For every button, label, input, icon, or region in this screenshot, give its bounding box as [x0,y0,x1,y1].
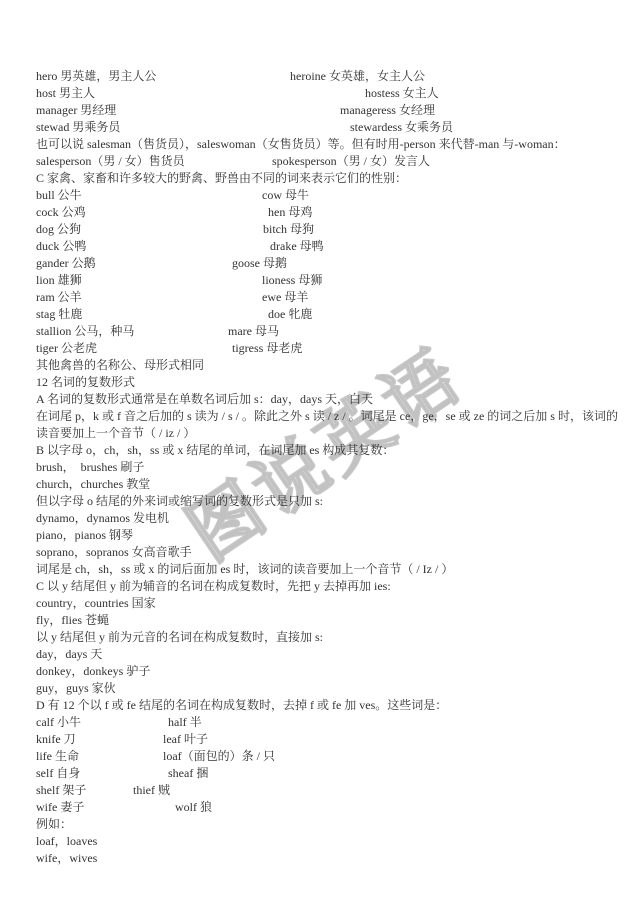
word-pair-right: spokesperson（男 / 女）发言人 [272,153,430,170]
word-pair-row: duck 公鸭drake 母鸭 [36,238,616,255]
word-pair-row: stag 牡鹿doe 牝鹿 [36,306,616,323]
word-pair-right: drake 母鸭 [270,238,324,255]
word-pair-right: thief 贼 [133,782,170,799]
text-line-content: donkey，donkeys 驴子 [36,664,150,678]
text-line: soprano，sopranos 女高音歌手 [36,544,616,561]
word-pair-row: gander 公鹅goose 母鹅 [36,255,616,272]
word-pair-right: bitch 母狗 [263,221,314,238]
word-pair-row: tiger 公老虎tigress 母老虎 [36,340,616,357]
word-pair-row: lion 雄狮lioness 母狮 [36,272,616,289]
word-pair-left: shelf 架子 [36,782,86,799]
text-line: 以 y 结尾但 y 前为元音的名词在构成复数时，直接加 s: [36,629,616,646]
word-pair-left: stallion 公马，种马 [36,323,134,340]
text-line: 词尾是 ch，sh，ss 或 x 的词后面加 es 时，该词的读音要加上一个音节… [36,561,616,578]
text-line-content: country，countries 国家 [36,596,156,610]
text-line-content: 也可以说 salesman（售货员），saleswoman（女售货员）等。但有时… [36,137,566,151]
word-pair-left: life 生命 [36,748,79,765]
text-line-content: D 有 12 个以 f 或 fe 结尾的名词在构成复数时，去掉 f 或 fe 加… [36,698,447,712]
word-pair-left: calf 小牛 [36,714,81,731]
word-pair-right: hostess 女主人 [365,85,439,102]
word-pair-row: salesperson（男 / 女）售货员spokesperson（男 / 女）… [36,153,616,170]
word-pair-right: ewe 母羊 [262,289,308,306]
word-pair-row: stewad 男乘务员stewardess 女乘务员 [36,119,616,136]
word-pair-left: dog 公狗 [36,221,81,238]
text-line-content: 以 y 结尾但 y 前为元音的名词在构成复数时，直接加 s: [36,630,323,644]
text-line: day，days 天 [36,646,616,663]
text-line: 12 名词的复数形式 [36,374,616,391]
text-line: guy，guys 家伙 [36,680,616,697]
word-pair-left: bull 公牛 [36,187,82,204]
text-line-content: brush， brushes 刷子 [36,460,144,474]
text-line-content: fly，flies 苍蝇 [36,613,109,627]
text-line: D 有 12 个以 f 或 fe 结尾的名词在构成复数时，去掉 f 或 fe 加… [36,697,616,714]
text-line: 读音要加上一个音节（ / iz / ） [36,425,616,442]
word-pair-left: host 男主人 [36,85,95,102]
word-pair-right: mare 母马 [228,323,279,340]
text-line-content: 例如： [36,817,72,831]
word-pair-left: self 自身 [36,765,80,782]
word-pair-right: leaf 叶子 [163,731,208,748]
word-pair-left: duck 公鸭 [36,238,86,255]
word-pair-left: knife 刀 [36,731,76,748]
text-line-content: C 家禽、家畜和许多较大的野禽、野兽由不同的词来表示它们的性别： [36,171,407,185]
text-line: piano，pianos 钢琴 [36,527,616,544]
text-line-content: 在词尾 p，k 或 f 音之后加的 s 读为 / s / 。除此之外 s 读 /… [36,409,618,423]
text-line: 也可以说 salesman（售货员），saleswoman（女售货员）等。但有时… [36,136,616,153]
text-line: brush， brushes 刷子 [36,459,616,476]
word-pair-row: manager 男经理manageress 女经理 [36,102,616,119]
word-pair-right: tigress 母老虎 [232,340,302,357]
text-line-content: guy，guys 家伙 [36,681,116,695]
text-line-content: piano，pianos 钢琴 [36,528,133,542]
word-pair-right: wolf 狼 [175,799,212,816]
word-pair-right: hen 母鸡 [268,204,312,221]
word-pair-left: manager 男经理 [36,102,116,119]
word-pair-left: salesperson（男 / 女）售货员 [36,153,185,170]
text-line: loaf，loaves [36,833,616,850]
word-pair-left: stewad 男乘务员 [36,119,120,136]
word-pair-row: wife 妻子wolf 狼 [36,799,616,816]
text-line-content: 词尾是 ch，sh，ss 或 x 的词后面加 es 时，该词的读音要加上一个音节… [36,562,453,576]
word-pair-left: cock 公鸡 [36,204,86,221]
text-line: dynamo，dynamos 发电机 [36,510,616,527]
text-line-content: 12 名词的复数形式 [36,375,135,389]
text-line-content: loaf，loaves [36,834,97,848]
word-pair-row: cock 公鸡hen 母鸡 [36,204,616,221]
word-pair-row: dog 公狗bitch 母狗 [36,221,616,238]
text-line: church，churches 教堂 [36,476,616,493]
text-line-content: 但以字母 o 结尾的外来词或缩写词的复数形式是只加 s: [36,494,323,508]
word-pair-left: stag 牡鹿 [36,306,82,323]
word-pair-right: manageress 女经理 [340,102,435,119]
text-line: C 以 y 结尾但 y 前为辅音的名词在构成复数时，先把 y 去掉再加 ies: [36,578,616,595]
document-body: hero 男英雄，男主人公heroine 女英雄，女主人公host 男主人hos… [36,68,616,867]
text-line: 但以字母 o 结尾的外来词或缩写词的复数形式是只加 s: [36,493,616,510]
word-pair-right: lioness 母狮 [262,272,322,289]
text-line: 在词尾 p，k 或 f 音之后加的 s 读为 / s / 。除此之外 s 读 /… [36,408,616,425]
text-line: wife，wives [36,850,616,867]
text-line: donkey，donkeys 驴子 [36,663,616,680]
word-pair-left: hero 男英雄，男主人公 [36,68,156,85]
text-line: fly，flies 苍蝇 [36,612,616,629]
word-pair-right: doe 牝鹿 [268,306,312,323]
text-line-content: 读音要加上一个音节（ / iz / ） [36,426,195,440]
word-pair-left: tiger 公老虎 [36,340,97,357]
text-line-content: wife，wives [36,851,97,865]
text-line: 其他禽兽的名称公、母形式相同 [36,357,616,374]
text-line-content: C 以 y 结尾但 y 前为辅音的名词在构成复数时，先把 y 去掉再加 ies: [36,579,391,593]
word-pair-right: loaf（面包的）条 / 只 [163,748,275,765]
word-pair-row: hero 男英雄，男主人公heroine 女英雄，女主人公 [36,68,616,85]
text-line: A 名词的复数形式通常是在单数名词后加 s：day，days 天，白天 [36,391,616,408]
document-page: 图说英语 hero 男英雄，男主人公heroine 女英雄，女主人公host 男… [0,0,640,905]
text-line-content: dynamo，dynamos 发电机 [36,511,169,525]
word-pair-row: self 自身sheaf 捆 [36,765,616,782]
word-pair-row: host 男主人hostess 女主人 [36,85,616,102]
text-line-content: church，churches 教堂 [36,477,150,491]
text-line-content: day，days 天 [36,647,102,661]
word-pair-left: lion 雄狮 [36,272,82,289]
text-line-content: A 名词的复数形式通常是在单数名词后加 s：day，days 天，白天 [36,392,373,406]
text-line-content: 其他禽兽的名称公、母形式相同 [36,358,204,372]
text-line: C 家禽、家畜和许多较大的野禽、野兽由不同的词来表示它们的性别： [36,170,616,187]
word-pair-right: goose 母鹅 [232,255,287,272]
word-pair-row: stallion 公马，种马mare 母马 [36,323,616,340]
word-pair-right: heroine 女英雄，女主人公 [290,68,425,85]
word-pair-right: sheaf 捆 [168,765,208,782]
word-pair-left: ram 公羊 [36,289,82,306]
word-pair-left: gander 公鹅 [36,255,96,272]
text-line: country，countries 国家 [36,595,616,612]
word-pair-row: shelf 架子thief 贼 [36,782,616,799]
word-pair-row: bull 公牛cow 母牛 [36,187,616,204]
word-pair-row: calf 小牛half 半 [36,714,616,731]
word-pair-right: cow 母牛 [262,187,309,204]
text-line-content: soprano，sopranos 女高音歌手 [36,545,192,559]
word-pair-row: knife 刀leaf 叶子 [36,731,616,748]
word-pair-row: ram 公羊ewe 母羊 [36,289,616,306]
word-pair-right: stewardess 女乘务员 [350,119,453,136]
word-pair-left: wife 妻子 [36,799,84,816]
text-line-content: B 以字母 o，ch，sh，ss 或 x 结尾的单词，在词尾加 es 构成其复数… [36,443,394,457]
text-line: 例如： [36,816,616,833]
text-line: B 以字母 o，ch，sh，ss 或 x 结尾的单词，在词尾加 es 构成其复数… [36,442,616,459]
word-pair-right: half 半 [168,714,202,731]
word-pair-row: life 生命loaf（面包的）条 / 只 [36,748,616,765]
